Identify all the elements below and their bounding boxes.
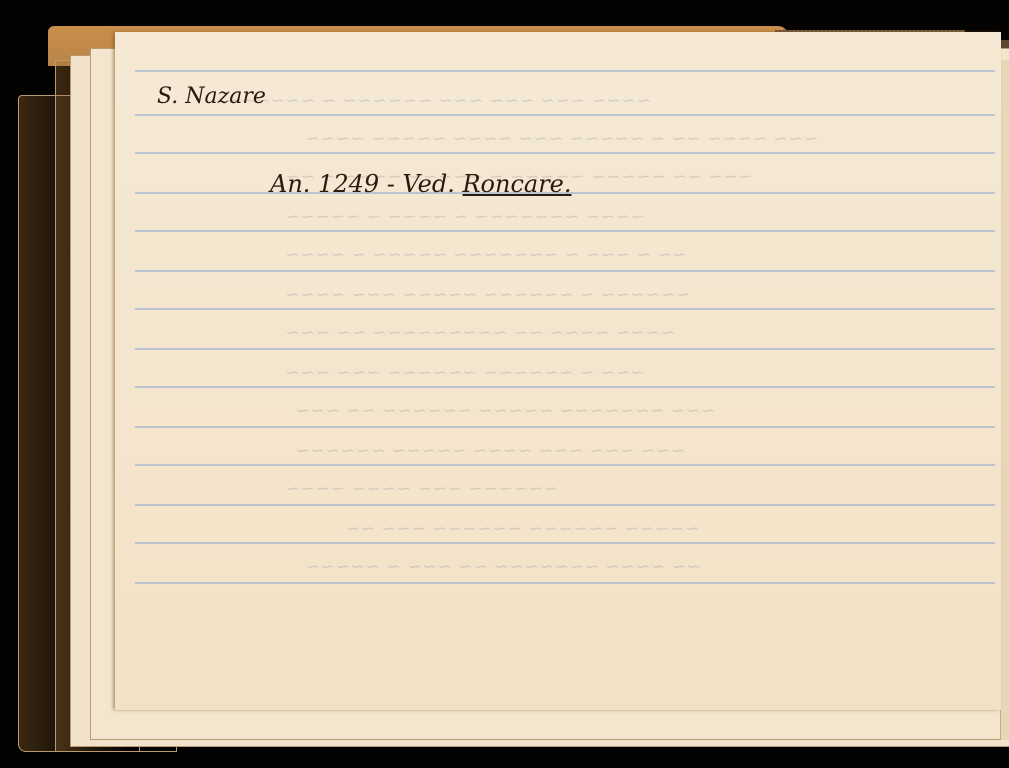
ruled-line bbox=[135, 542, 995, 544]
ruled-line bbox=[135, 464, 995, 466]
ruled-line bbox=[135, 114, 995, 116]
bleed-through-text: ~~~~~ ~~~~~~ ~~~~~~ ~~~ ~~ bbox=[345, 518, 700, 539]
ruled-line bbox=[135, 308, 995, 310]
bleed-through-text: ~~~~~~ ~~~ ~~~~ ~~~~ bbox=[285, 478, 559, 499]
ruled-line bbox=[135, 426, 995, 428]
bleed-through-text: ~~~~ ~~~~ ~~ ~~~~~~~~~ ~~ ~~~ bbox=[285, 322, 676, 343]
ruled-line bbox=[135, 504, 995, 506]
bleed-through-text: ~~ ~~~~ ~~~~~~~ ~~ ~~~ ~ ~~~~~ bbox=[305, 556, 701, 577]
bleed-through-text: ~~~~~~ ~ ~~~~~~ ~~~~~ ~~~ ~~~~ bbox=[285, 284, 691, 305]
entry-line: An. 1249 - Ved. Roncare. bbox=[270, 170, 572, 198]
ruled-line bbox=[135, 70, 995, 72]
ruled-line bbox=[135, 270, 995, 272]
bleed-through-text: ~~~~ ~~~ ~~~ ~~~ ~~~~~~ ~ ~~~~~~ bbox=[225, 90, 651, 111]
ruled-line bbox=[135, 348, 995, 350]
ruled-line bbox=[135, 582, 995, 584]
bleed-through-text: ~~~ ~~~ ~~~ ~~~~ ~~~~~ ~~~~~~ bbox=[295, 440, 686, 461]
ruled-line bbox=[135, 152, 995, 154]
entry-ved: Ved. bbox=[403, 170, 455, 198]
bleed-through-text: ~~~~ ~~~~~~~ ~ ~~~~ ~ ~~~~~ bbox=[285, 206, 645, 227]
notebook-page: ~~~~ ~~~ ~~~ ~~~ ~~~~~~ ~ ~~~~~~ ~~~ ~~~… bbox=[115, 32, 1001, 710]
bleed-through-text: ~~~ ~ ~~~~~~ ~~~~~~ ~~~ ~~~ bbox=[285, 362, 645, 383]
bleed-through-text: ~~ ~ ~~~ ~ ~~~~~~~ ~~~~~ ~ ~~~~ bbox=[285, 244, 687, 265]
entry-place: Roncare. bbox=[462, 170, 571, 198]
page-heading: S. Nazare bbox=[157, 84, 266, 109]
ruled-line bbox=[135, 386, 995, 388]
ruled-line bbox=[135, 230, 995, 232]
page-right-edge bbox=[1000, 60, 1009, 740]
bleed-through-text: ~~~ ~~~~~~~ ~~~~~ ~~~~~~ ~~ ~~~ bbox=[295, 400, 716, 421]
bleed-through-text: ~~~ ~~~~ ~~ ~ ~~~~~ ~~~ ~~~~ ~~~~~ ~~~~ bbox=[305, 128, 818, 149]
entry-year: An. 1249 - bbox=[270, 170, 395, 198]
